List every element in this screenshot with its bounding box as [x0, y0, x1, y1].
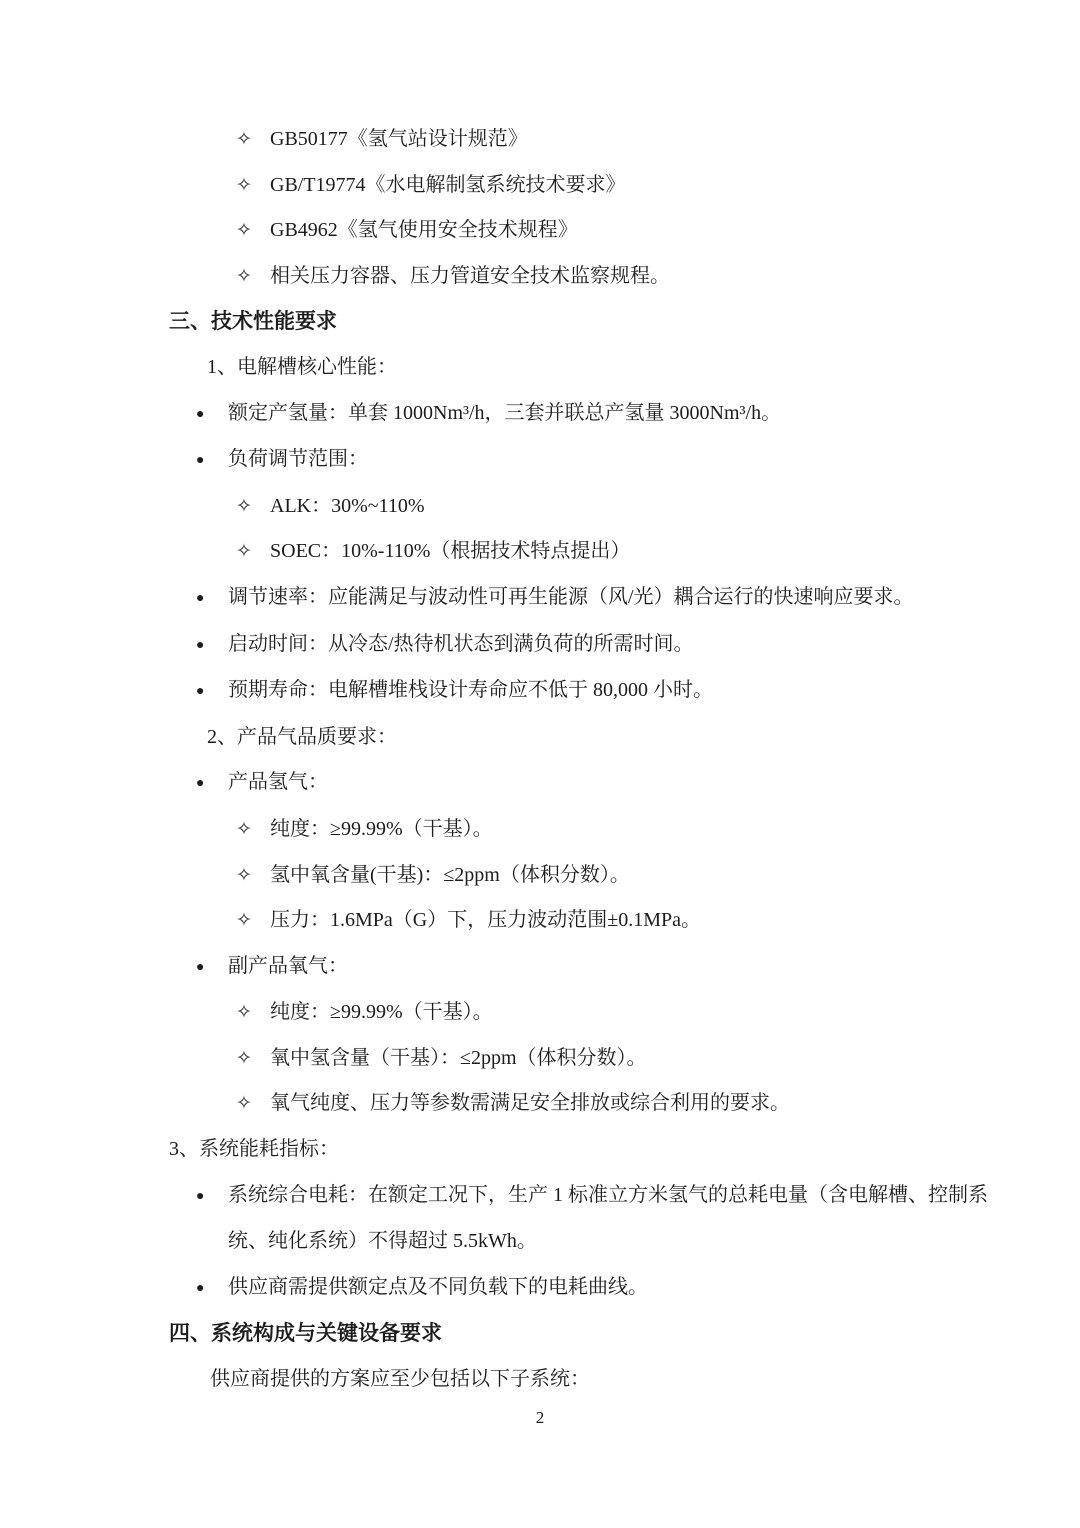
diamond-bullet-icon: ✧ [236, 853, 270, 899]
diamond-list-item: ✧GB4962《氢气使用安全技术规程》 [0, 208, 1080, 254]
line-text: 2、产品气品质要求： [207, 726, 397, 748]
list-item-continuation: 统、纯化系统）不得超过 5.5kWh。 [0, 1219, 1080, 1265]
diamond-list-item: ✧GB/T19774《水电解制氢系统技术要求》 [0, 163, 1080, 209]
diamond-list-item: ✧纯度：≥99.99%（干基）。 [0, 990, 1080, 1036]
line-text: SOEC：10%-110%（根据技术特点提出） [270, 540, 630, 562]
line-text: 调节速率：应能满足与波动性可再生能源（风/光）耦合运行的快速响应要求。 [228, 586, 914, 608]
dot-bullet-icon: ● [196, 576, 228, 622]
line-text: 额定产氢量：单套 1000Nm³/h，三套并联总产氢量 3000Nm³/h。 [228, 402, 781, 424]
bullet-list-item: ●调节速率：应能满足与波动性可再生能源（风/光）耦合运行的快速响应要求。 [0, 575, 1080, 622]
diamond-list-item: ✧氧中氢含量（干基）：≤2ppm（体积分数）。 [0, 1036, 1080, 1082]
diamond-bullet-icon: ✧ [236, 484, 270, 530]
diamond-bullet-icon: ✧ [236, 163, 270, 209]
line-text: 产品氢气： [228, 771, 328, 793]
bullet-list-item: ●额定产氢量：单套 1000Nm³/h，三套并联总产氢量 3000Nm³/h。 [0, 391, 1080, 438]
line-text: 相关压力容器、压力管道安全技术监察规程。 [270, 265, 670, 287]
diamond-bullet-icon: ✧ [236, 254, 270, 300]
section-heading: 四、系统构成与关键设备要求 [0, 1311, 1080, 1357]
line-text: ALK：30%~110% [270, 495, 425, 517]
numbered-subheading: 2、产品气品质要求： [0, 715, 1080, 761]
diamond-list-item: ✧相关压力容器、压力管道安全技术监察规程。 [0, 254, 1080, 300]
diamond-list-item: ✧纯度：≥99.99%（干基）。 [0, 807, 1080, 853]
line-text: 副产品氧气： [228, 955, 348, 977]
diamond-bullet-icon: ✧ [236, 208, 270, 254]
line-text: 统、纯化系统）不得超过 5.5kWh。 [228, 1230, 537, 1252]
diamond-list-item: ✧氧气纯度、压力等参数需满足安全排放或综合利用的要求。 [0, 1081, 1080, 1127]
document-page: ✧GB50177《氢气站设计规范》✧GB/T19774《水电解制氢系统技术要求》… [0, 0, 1080, 1528]
dot-bullet-icon: ● [196, 761, 228, 807]
dot-bullet-icon: ● [196, 438, 228, 484]
line-text: 纯度：≥99.99%（干基）。 [270, 1001, 493, 1023]
line-text: 氧中氢含量（干基）：≤2ppm（体积分数）。 [270, 1047, 647, 1069]
line-text: 压力：1.6MPa（G）下，压力波动范围±0.1MPa。 [270, 909, 701, 931]
bullet-list-item: ●产品氢气： [0, 760, 1080, 807]
dot-bullet-icon: ● [196, 1266, 228, 1312]
section-heading: 三、技术性能要求 [0, 299, 1080, 345]
line-text: 供应商需提供额定点及不同负载下的电耗曲线。 [228, 1276, 648, 1298]
diamond-bullet-icon: ✧ [236, 990, 270, 1036]
diamond-bullet-icon: ✧ [236, 529, 270, 575]
line-text: 三、技术性能要求 [169, 309, 337, 333]
line-text: 氢中氧含量(干基)：≤2ppm（体积分数）。 [270, 864, 630, 886]
diamond-list-item: ✧氢中氧含量(干基)：≤2ppm（体积分数）。 [0, 853, 1080, 899]
line-text: 启动时间：从冷态/热待机状态到满负荷的所需时间。 [228, 633, 694, 655]
line-text: 3、系统能耗指标： [169, 1138, 339, 1160]
line-text: 氧气纯度、压力等参数需满足安全排放或综合利用的要求。 [270, 1092, 790, 1114]
document-body: ✧GB50177《氢气站设计规范》✧GB/T19774《水电解制氢系统技术要求》… [0, 117, 1080, 1403]
bullet-list-item: ●副产品氧气： [0, 944, 1080, 991]
diamond-list-item: ✧压力：1.6MPa（G）下，压力波动范围±0.1MPa。 [0, 898, 1080, 944]
dot-bullet-icon: ● [196, 945, 228, 991]
diamond-list-item: ✧SOEC：10%-110%（根据技术特点提出） [0, 529, 1080, 575]
line-text: GB/T19774《水电解制氢系统技术要求》 [270, 174, 626, 196]
numbered-subheading: 1、电解槽核心性能： [0, 345, 1080, 391]
bullet-list-item: ●负荷调节范围： [0, 437, 1080, 484]
diamond-bullet-icon: ✧ [236, 807, 270, 853]
paragraph: 供应商提供的方案应至少包括以下子系统： [0, 1357, 1080, 1403]
dot-bullet-icon: ● [196, 392, 228, 438]
bullet-list-item: ●系统综合电耗：在额定工况下，生产 1 标准立方米氢气的总耗电量（含电解槽、控制… [0, 1173, 1080, 1220]
bullet-list-item: ●供应商需提供额定点及不同负载下的电耗曲线。 [0, 1265, 1080, 1312]
dot-bullet-icon: ● [196, 623, 228, 669]
diamond-list-item: ✧GB50177《氢气站设计规范》 [0, 117, 1080, 163]
diamond-list-item: ✧ALK：30%~110% [0, 484, 1080, 530]
line-text: 纯度：≥99.99%（干基）。 [270, 818, 493, 840]
line-text: 1、电解槽核心性能： [207, 356, 397, 378]
line-text: 系统综合电耗：在额定工况下，生产 1 标准立方米氢气的总耗电量（含电解槽、控制系 [228, 1184, 988, 1206]
diamond-bullet-icon: ✧ [236, 898, 270, 944]
line-text: 负荷调节范围： [228, 448, 368, 470]
diamond-bullet-icon: ✧ [236, 1081, 270, 1127]
line-text: 供应商提供的方案应至少包括以下子系统： [210, 1368, 590, 1390]
diamond-bullet-icon: ✧ [236, 117, 270, 163]
bullet-list-item: ●启动时间：从冷态/热待机状态到满负荷的所需时间。 [0, 622, 1080, 669]
page-number: 2 [0, 1408, 1080, 1428]
dot-bullet-icon: ● [196, 1174, 228, 1220]
dot-bullet-icon: ● [196, 669, 228, 715]
bullet-list-item: ●预期寿命：电解槽堆栈设计寿命应不低于 80,000 小时。 [0, 668, 1080, 715]
line-text: 预期寿命：电解槽堆栈设计寿命应不低于 80,000 小时。 [228, 679, 713, 701]
line-text: GB4962《氢气使用安全技术规程》 [270, 219, 578, 241]
line-text: GB50177《氢气站设计规范》 [270, 128, 528, 150]
line-text: 四、系统构成与关键设备要求 [169, 1321, 442, 1345]
diamond-bullet-icon: ✧ [236, 1036, 270, 1082]
numbered-subheading: 3、系统能耗指标： [0, 1127, 1080, 1173]
